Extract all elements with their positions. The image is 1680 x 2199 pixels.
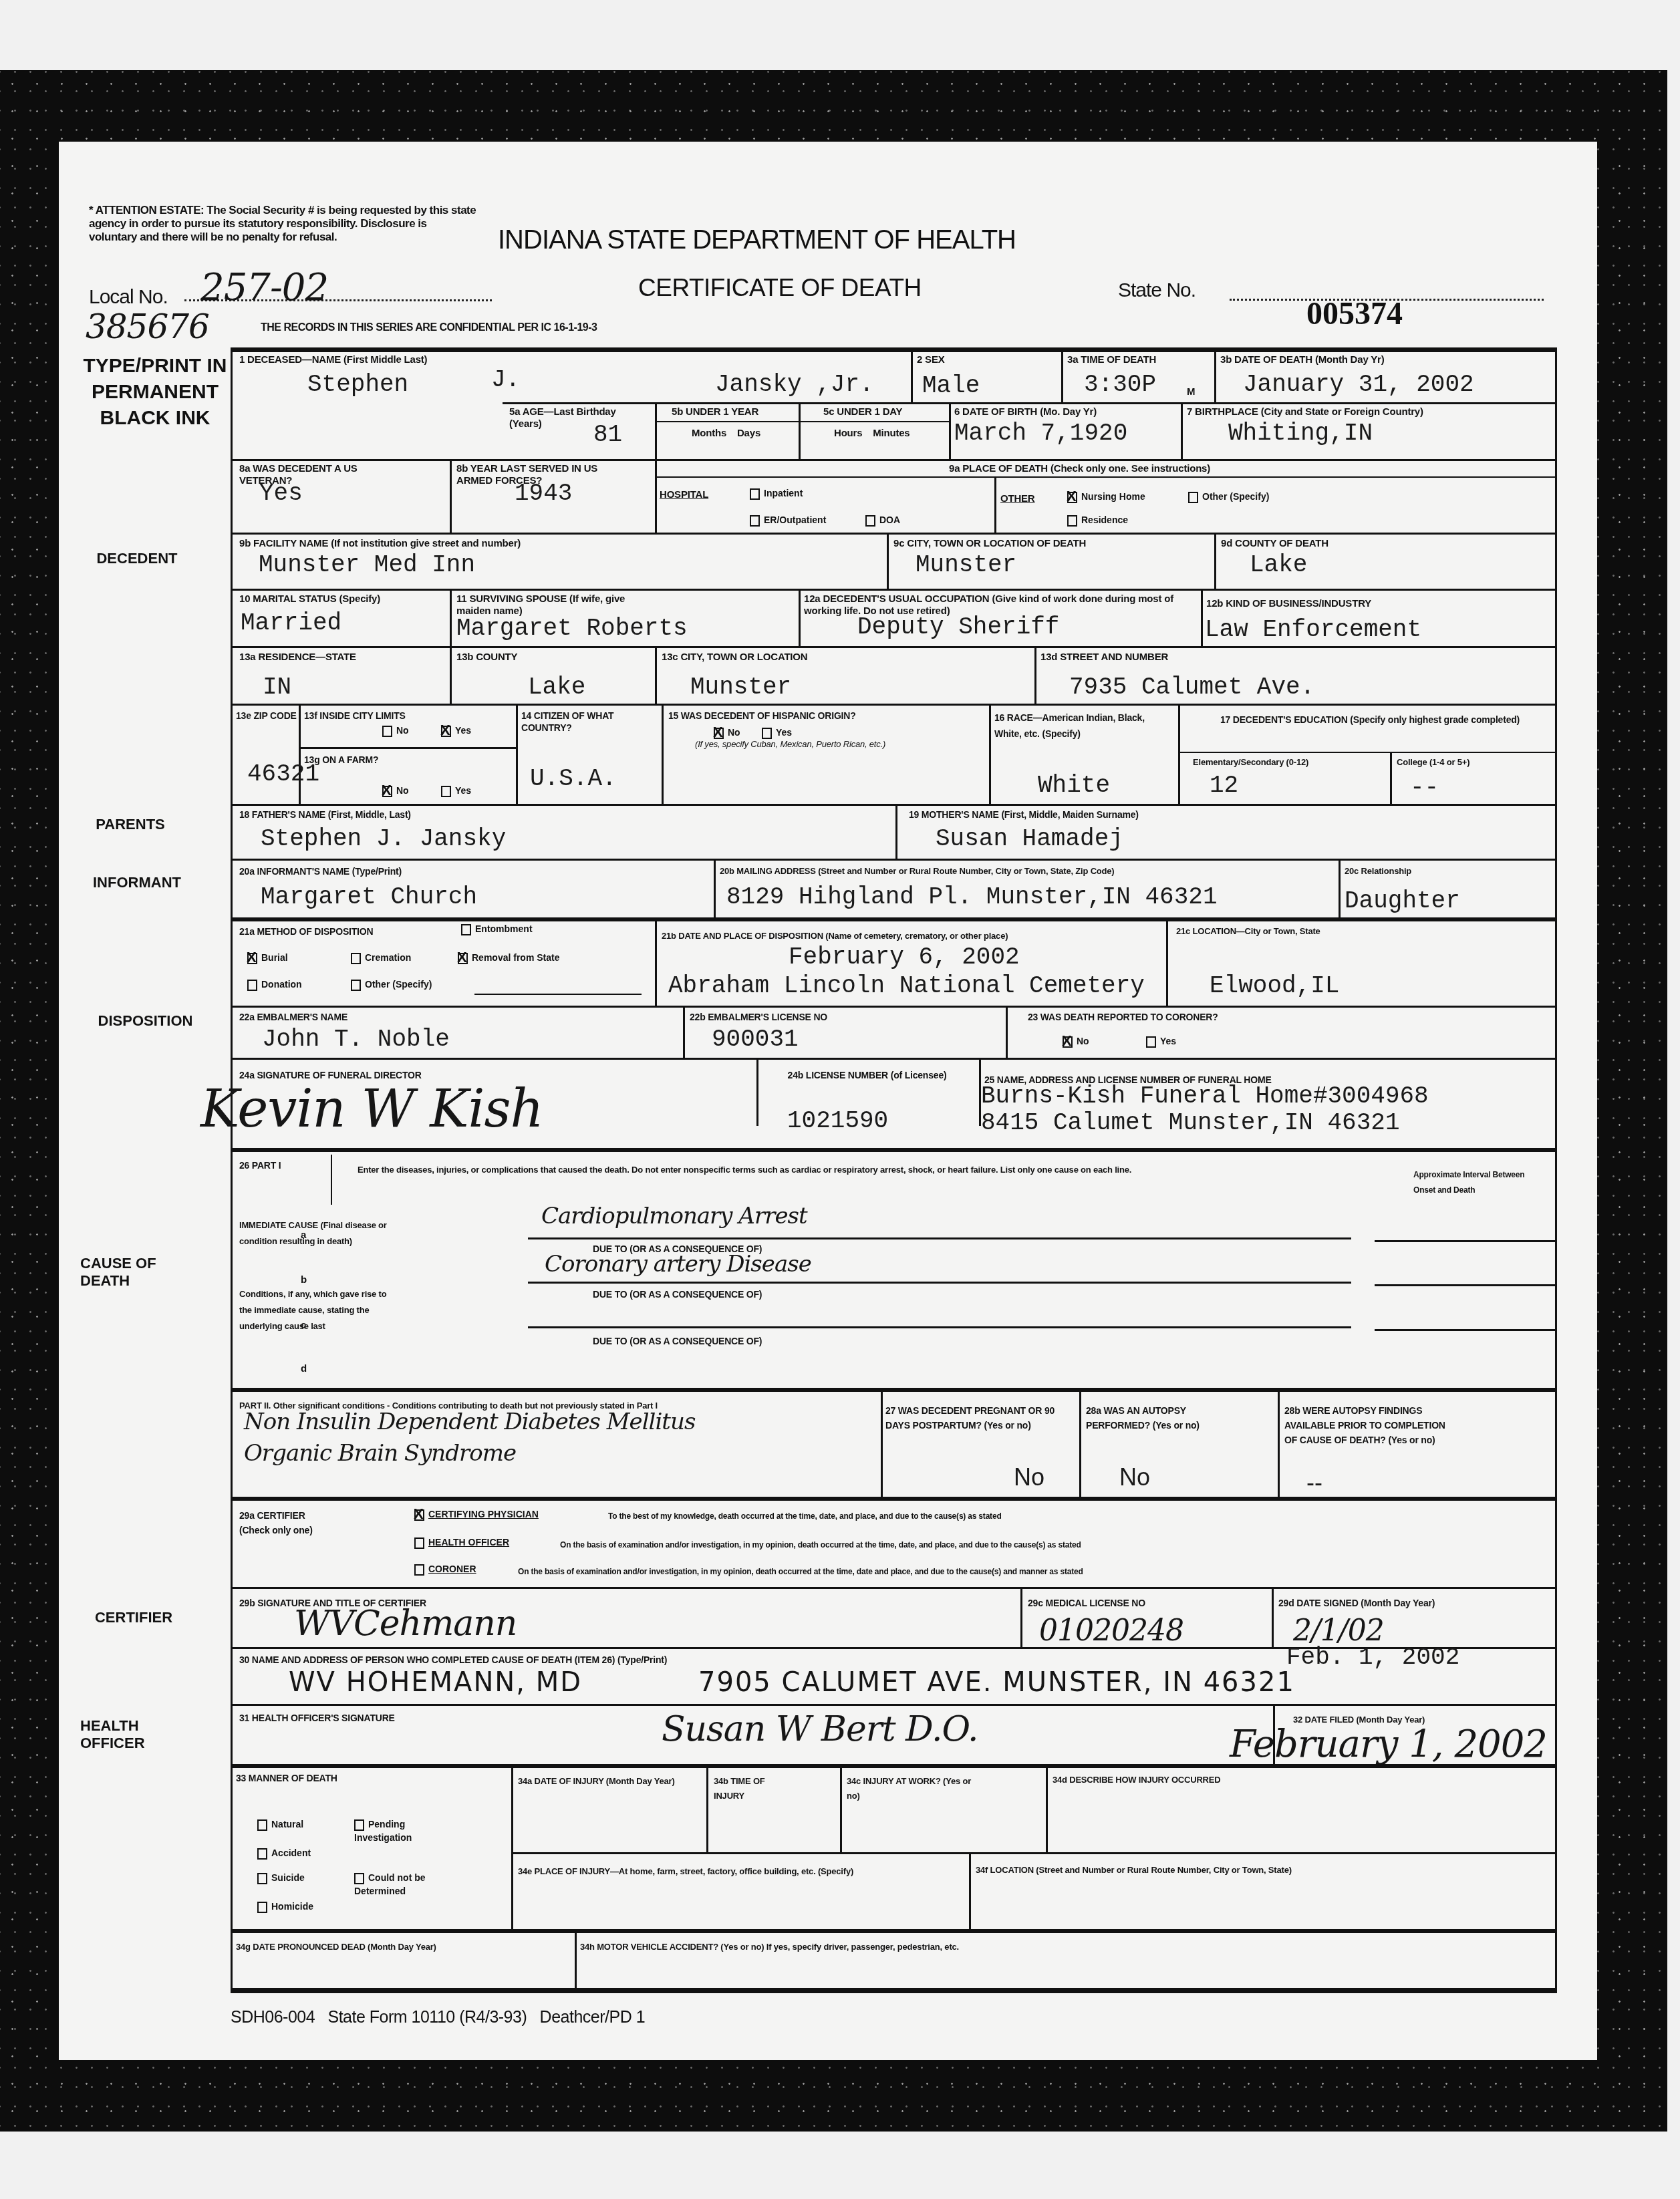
checkbox-farm-no[interactable]: No xyxy=(382,785,409,797)
time-suffix: M xyxy=(1187,386,1195,398)
label-under-1-day: 5c UNDER 1 DAY xyxy=(823,406,902,418)
label-time-of-death: 3a TIME OF DEATH xyxy=(1067,354,1156,366)
label-conditions: Conditions, if any, which gave rise to t… xyxy=(239,1286,393,1334)
label-method-of-disposition: 21a METHOD OF DISPOSITION xyxy=(239,925,373,937)
value-director-license: 1021590 xyxy=(787,1107,888,1135)
value-year-served: 1943 xyxy=(515,480,572,507)
section-informant: INFORMANT xyxy=(80,874,194,891)
label-embalmer-license: 22b EMBALMER'S LICENSE NO xyxy=(690,1011,827,1023)
section-cause-of-death: CAUSE OF DEATH xyxy=(80,1255,174,1290)
label-injury-place: 34e PLACE OF INJURY—At home, farm, stree… xyxy=(518,1864,932,1879)
value-part-2-line-2: Organic Brain Syndrome xyxy=(244,1440,516,1467)
label-injury-at-work: 34c INJURY AT WORK? (Yes or no) xyxy=(847,1774,980,1803)
checkbox-health-officer[interactable]: HEALTH OFFICER xyxy=(414,1537,509,1549)
value-father: Stephen J. Jansky xyxy=(261,825,506,853)
checkbox-suicide[interactable]: Suicide xyxy=(257,1872,305,1884)
label-birthplace: 7 BIRTHPLACE (City and State or Foreign … xyxy=(1187,406,1423,418)
label-injury-time: 34b TIME OF INJURY xyxy=(714,1774,794,1803)
value-mother: Susan Hamadej xyxy=(936,825,1123,853)
value-date-signed-typed: Feb. 1, 2002 xyxy=(1286,1644,1459,1671)
checkbox-certifying-physician[interactable]: CERTIFYING PHYSICIAN xyxy=(414,1509,539,1521)
local-no-value: 257-02 xyxy=(200,266,328,309)
label-marital-status: 10 MARITAL STATUS (Specify) xyxy=(239,593,406,605)
checkbox-doa[interactable]: DOA xyxy=(865,515,900,527)
type-print-instruction: TYPE/PRINT IN PERMANENT BLACK INK xyxy=(79,353,231,431)
value-residence-city: Munster xyxy=(690,674,791,701)
value-age: 81 xyxy=(593,421,622,448)
label-race: 16 RACE—American Indian, Black, White, e… xyxy=(994,710,1168,742)
checkbox-could-not-be-determined[interactable]: Could not be Determined xyxy=(354,1871,434,1898)
line-d-marker: d xyxy=(301,1363,307,1375)
checkbox-nursing-home[interactable]: Nursing Home xyxy=(1067,491,1145,503)
label-date-pronounced: 34g DATE PRONOUNCED DEAD (Month Day Year… xyxy=(236,1941,436,1953)
line-c-marker: c xyxy=(301,1320,306,1332)
value-disposition-date: February 6, 2002 xyxy=(789,943,1020,971)
checkbox-accident[interactable]: Accident xyxy=(257,1848,311,1860)
value-middle-name: J. xyxy=(491,366,520,394)
label-place-of-death: 9a PLACE OF DEATH (Check only one. See i… xyxy=(949,463,1210,475)
label-hispanic-note: (If yes, specify Cuban, Mexican, Puerto … xyxy=(695,738,976,750)
value-spouse: Margaret Roberts xyxy=(456,615,688,642)
label-hispanic: 15 WAS DECEDENT OF HISPANIC ORIGIN? xyxy=(668,710,856,722)
value-cause-line-b: Coronary artery Disease xyxy=(545,1251,811,1278)
checkbox-other-place[interactable]: Other (Specify) xyxy=(1188,491,1269,503)
label-certifier: 29a CERTIFIER (Check only one) xyxy=(239,1508,319,1537)
label-hospital: HOSPITAL xyxy=(660,489,708,501)
label-informant-address: 20b MAILING ADDRESS (Street and Number o… xyxy=(720,865,1115,877)
label-injury-date: 34a DATE OF INJURY (Month Day Year) xyxy=(518,1774,692,1789)
section-parents: PARENTS xyxy=(80,816,180,833)
value-business: Law Enforcement xyxy=(1205,616,1421,643)
value-college: -- xyxy=(1410,774,1439,801)
value-disposition-location: Elwood,IL xyxy=(1210,972,1339,1000)
checkbox-removal-from-state[interactable]: Removal from State xyxy=(458,952,559,964)
label-date-of-death: 3b DATE OF DEATH (Month Day Yr) xyxy=(1220,354,1384,366)
label-months-days: Months Days xyxy=(692,428,760,440)
confidential-note: THE RECORDS IN THIS SERIES ARE CONFIDENT… xyxy=(261,322,597,334)
section-decedent: DECEDENT xyxy=(80,550,194,567)
value-medical-license: 01020248 xyxy=(1039,1614,1183,1648)
label-part-1: 26 PART I xyxy=(239,1159,281,1171)
label-education: 17 DECEDENT'S EDUCATION (Specify only hi… xyxy=(1203,714,1537,726)
health-officer-signature: Susan W Bert D.O. xyxy=(662,1709,978,1749)
checkbox-farm-yes[interactable]: Yes xyxy=(441,785,471,797)
label-injury-description: 34d DESCRIBE HOW INJURY OCCURRED xyxy=(1053,1774,1220,1786)
value-date-of-birth: March 7,1920 xyxy=(954,420,1127,447)
value-embalmer-name: John T. Noble xyxy=(262,1026,450,1053)
checkbox-er-outpatient[interactable]: ER/Outpatient xyxy=(750,515,826,527)
line-b-marker: b xyxy=(301,1274,307,1286)
section-disposition: DISPOSITION xyxy=(80,1012,211,1030)
label-zip: 13e ZIP CODE xyxy=(236,710,297,722)
value-autopsy: No xyxy=(1119,1463,1150,1491)
checkbox-hispanic-no[interactable]: No xyxy=(714,727,740,739)
value-date-signed-handwritten: 2/1/02 xyxy=(1293,1614,1384,1648)
label-citizen: 14 CITIZEN OF WHAT COUNTRY? xyxy=(521,710,655,734)
agency-name: INDIANA STATE DEPARTMENT OF HEALTH xyxy=(498,225,1016,255)
health-officer-statement: On the basis of examination and/or inves… xyxy=(560,1539,1081,1551)
checkbox-coroner-no[interactable]: No xyxy=(1063,1036,1089,1048)
checkbox-hispanic-yes[interactable]: Yes xyxy=(762,727,792,739)
checkbox-donation[interactable]: Donation xyxy=(247,979,302,991)
label-autopsy-findings: 28b WERE AUTOPSY FINDINGS AVAILABLE PRIO… xyxy=(1284,1403,1458,1447)
label-hours-minutes: Hours Minutes xyxy=(834,428,909,440)
value-veteran: Yes xyxy=(259,480,303,507)
value-completer-address: 7905 CALUMET AVE. MUNSTER, IN 46321 xyxy=(698,1667,1295,1698)
value-residence-state: IN xyxy=(263,674,291,701)
label-under-1-year: 5b UNDER 1 YEAR xyxy=(672,406,758,418)
label-father: 18 FATHER'S NAME (First, Middle, Last) xyxy=(239,809,411,821)
label-death-city: 9c CITY, TOWN OR LOCATION OF DEATH xyxy=(893,538,1086,550)
value-sex: Male xyxy=(922,372,980,400)
label-autopsy: 28a WAS AN AUTOPSY PERFORMED? (Yes or no… xyxy=(1086,1403,1233,1433)
label-completer: 30 NAME AND ADDRESS OF PERSON WHO COMPLE… xyxy=(239,1654,667,1666)
local-no-label: Local No. xyxy=(89,286,168,309)
value-first-name: Stephen xyxy=(307,371,408,398)
value-date-filed: February 1, 2002 xyxy=(1230,1723,1547,1766)
label-mother: 19 MOTHER'S NAME (First, Middle, Maiden … xyxy=(909,809,1139,821)
label-inside-city-limits: 13f INSIDE CITY LIMITS xyxy=(304,710,406,722)
value-date-of-death: January 31, 2002 xyxy=(1243,371,1474,398)
label-other-place: OTHER xyxy=(1000,493,1035,505)
label-immediate-cause: IMMEDIATE CAUSE (Final disease or condit… xyxy=(239,1217,393,1250)
label-age: 5a AGE—Last Birthday (Years) xyxy=(509,406,650,430)
label-deceased-name: 1 DECEASED—NAME (First Middle Last) xyxy=(239,354,427,366)
form-title: CERTIFICATE OF DEATH xyxy=(638,274,922,302)
value-part-2-line-1: Non Insulin Dependent Diabetes Mellitus xyxy=(244,1409,695,1435)
label-date-of-birth: 6 DATE OF BIRTH (Mo. Day Yr) xyxy=(954,406,1097,418)
checkbox-coroner-yes[interactable]: Yes xyxy=(1146,1036,1176,1048)
label-motor-vehicle: 34h MOTOR VEHICLE ACCIDENT? (Yes or no) … xyxy=(580,1941,959,1953)
label-interval: Approximate Interval Between Onset and D… xyxy=(1413,1167,1527,1198)
label-residence-city: 13c CITY, TOWN OR LOCATION xyxy=(662,651,807,664)
value-race: White xyxy=(1038,772,1110,799)
value-elementary: 12 xyxy=(1210,772,1238,799)
label-elementary: Elementary/Secondary (0-12) xyxy=(1193,756,1308,768)
checkbox-pending-investigation[interactable]: Pending Investigation xyxy=(354,1817,434,1844)
value-citizen: U.S.A. xyxy=(530,765,617,792)
label-facility: 9b FACILITY NAME (If not institution giv… xyxy=(239,538,521,550)
attention-notice: * ATTENTION ESTATE: The Social Security … xyxy=(89,204,476,244)
label-death-county: 9d COUNTY OF DEATH xyxy=(1221,538,1328,550)
label-injury-location: 34f LOCATION (Street and Number or Rural… xyxy=(976,1864,1292,1876)
label-disposition-location: 21c LOCATION—City or Town, State xyxy=(1176,925,1320,937)
value-cause-line-a: Cardiopulmonary Arrest xyxy=(541,1203,807,1229)
label-college: College (1-4 or 5+) xyxy=(1397,756,1469,768)
part-1-instructions: Enter the diseases, injuries, or complic… xyxy=(358,1159,1159,1181)
value-funeral-home-address: 8415 Calumet Munster,IN 46321 xyxy=(981,1109,1400,1137)
value-embalmer-license: 900031 xyxy=(712,1026,799,1053)
value-marital-status: Married xyxy=(241,609,341,637)
value-pregnant: No xyxy=(1014,1463,1044,1491)
label-business: 12b KIND OF BUSINESS/INDUSTRY xyxy=(1206,598,1371,610)
value-informant-address: 8129 Hihgland Pl. Munster,IN 46321 xyxy=(726,883,1218,911)
value-completer-name: WV HOHEMANN, MD xyxy=(289,1667,582,1698)
checkbox-inpatient[interactable]: Inpatient xyxy=(750,488,803,500)
label-residence-county: 13b COUNTY xyxy=(456,651,517,664)
label-residence-street: 13d STREET AND NUMBER xyxy=(1040,651,1168,664)
state-no-value: 005374 xyxy=(1306,295,1403,332)
value-death-city: Munster xyxy=(916,551,1016,579)
checkbox-other-disposition[interactable]: Other (Specify) xyxy=(351,979,432,991)
state-no-label: State No. xyxy=(1118,279,1196,302)
checkbox-burial[interactable]: Burial xyxy=(247,952,288,964)
label-sex: 2 SEX xyxy=(917,354,945,366)
label-date-signed: 29d DATE SIGNED (Month Day Year) xyxy=(1278,1597,1435,1609)
value-occupation: Deputy Sheriff xyxy=(857,613,1059,641)
due-to-b: DUE TO (OR AS A CONSEQUENCE OF) xyxy=(593,1288,762,1300)
label-embalmer-name: 22a EMBALMER'S NAME xyxy=(239,1011,347,1023)
label-residence-state: 13a RESIDENCE—STATE xyxy=(239,651,356,664)
value-residence-county: Lake xyxy=(528,674,585,701)
label-on-farm: 13g ON A FARM? xyxy=(304,754,378,766)
label-health-officer-signature: 31 HEALTH OFFICER'S SIGNATURE xyxy=(239,1712,395,1724)
section-health-officer: HEALTH OFFICER xyxy=(80,1717,180,1752)
checkbox-city-limits-no[interactable]: No xyxy=(382,725,409,737)
label-manner-of-death: 33 MANNER OF DEATH xyxy=(236,1772,337,1784)
checkbox-natural[interactable]: Natural xyxy=(257,1819,303,1831)
value-facility: Munster Med Inn xyxy=(259,551,475,579)
label-spouse: 11 SURVIVING SPOUSE (If wife, give maide… xyxy=(456,593,630,617)
label-informant-name: 20a INFORMANT'S NAME (Type/Print) xyxy=(239,865,402,877)
form-identifier: SDH06-004 State Form 10110 (R4/3-93) Dea… xyxy=(231,2008,645,2027)
checkbox-cremation[interactable]: Cremation xyxy=(351,952,411,964)
label-medical-license: 29c MEDICAL LICENSE NO xyxy=(1028,1597,1145,1609)
value-death-county: Lake xyxy=(1250,551,1307,579)
physician-statement: To the best of my knowledge, death occur… xyxy=(608,1510,1002,1522)
label-relationship: 20c Relationship xyxy=(1345,865,1411,877)
checkbox-homicide[interactable]: Homicide xyxy=(257,1901,313,1913)
funeral-director-signature: Kevin W Kish xyxy=(200,1079,543,1139)
value-residence-street: 7935 Calumet Ave. xyxy=(1069,674,1314,701)
checkbox-residence[interactable]: Residence xyxy=(1067,515,1128,527)
value-time-of-death: 3:30P xyxy=(1084,371,1156,398)
certifier-signature: WVCehmann xyxy=(294,1604,517,1644)
value-last-name: Jansky ,Jr. xyxy=(715,371,874,398)
value-informant-name: Margaret Church xyxy=(261,883,477,911)
value-funeral-home-name: Burns-Kish Funeral Home#3004968 xyxy=(981,1082,1429,1110)
section-certifier: CERTIFIER xyxy=(80,1609,187,1626)
value-birthplace: Whiting,IN xyxy=(1228,420,1373,447)
checkbox-city-limits-yes[interactable]: Yes xyxy=(441,725,471,737)
value-disposition-place: Abraham Lincoln National Cemetery xyxy=(668,972,1145,1000)
checkbox-coroner[interactable]: CORONER xyxy=(414,1564,476,1576)
line-a-marker: a xyxy=(301,1229,306,1241)
due-to-c: DUE TO (OR AS A CONSEQUENCE OF) xyxy=(593,1335,762,1347)
label-coroner-reported: 23 WAS DEATH REPORTED TO CORONER? xyxy=(1028,1011,1218,1023)
checkbox-entombment[interactable]: Entombment xyxy=(461,923,533,935)
coroner-statement: On the basis of examination and/or inves… xyxy=(518,1566,1083,1578)
value-autopsy-findings: -- xyxy=(1306,1469,1322,1497)
label-director-license: 24b LICENSE NUMBER (of Licensee) xyxy=(762,1069,972,1081)
handwritten-number: 385676 xyxy=(86,307,209,346)
label-pregnant: 27 WAS DECEDENT PREGNANT OR 90 DAYS POST… xyxy=(885,1403,1079,1433)
value-relationship: Daughter xyxy=(1345,887,1460,915)
